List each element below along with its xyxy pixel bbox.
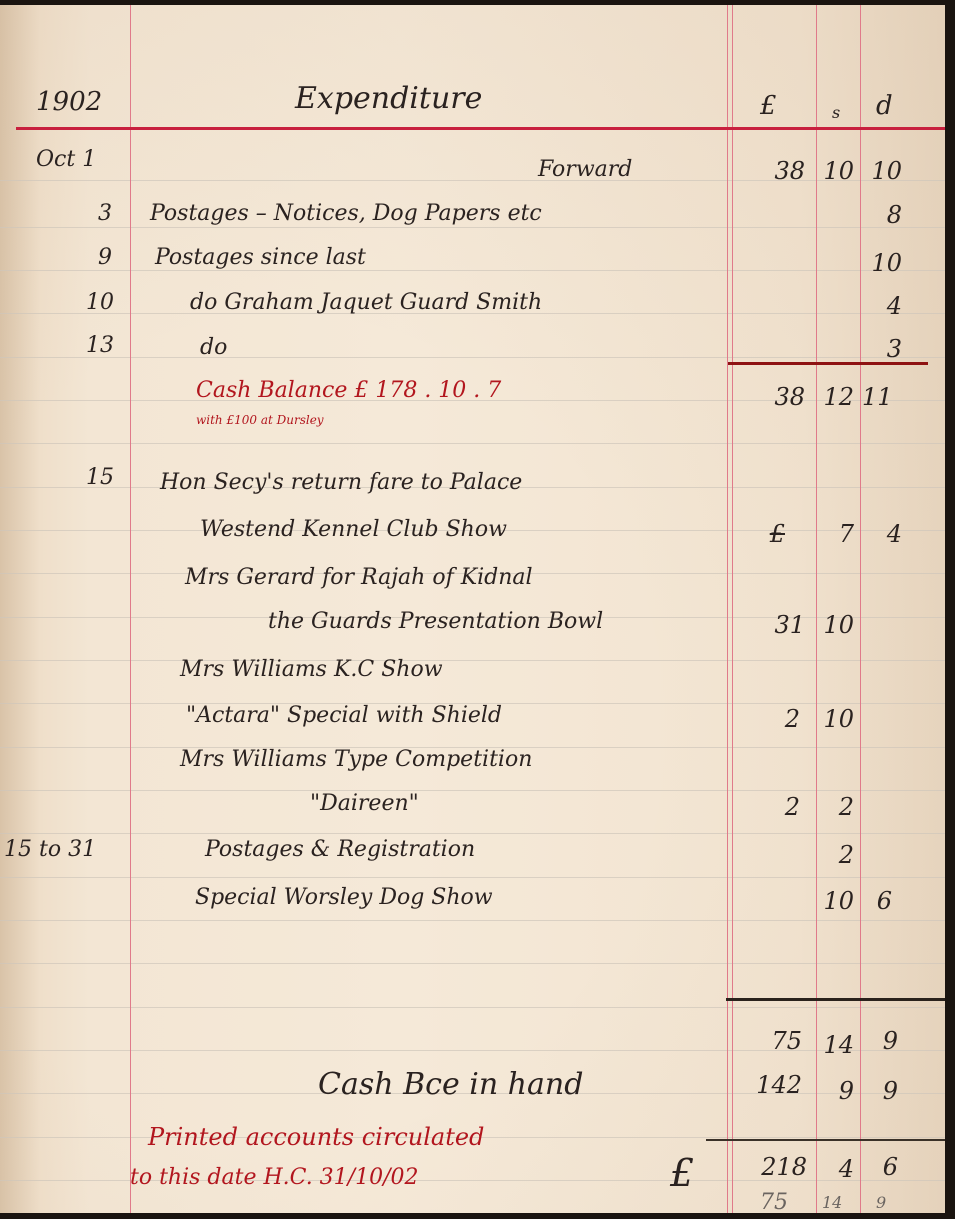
ruled-line (0, 963, 945, 964)
entry-shillings: 10 (818, 887, 854, 915)
entry-description: Mrs Williams K.C Show (180, 657, 443, 682)
cash-balance-note: Cash Balance £ 178 . 10 . 7 (196, 378, 501, 403)
ruled-line (0, 833, 945, 834)
cash-in-hand-pence: 9 (862, 1077, 898, 1105)
ruled-line (0, 227, 945, 228)
entry-pence: 10 (862, 249, 902, 277)
ruled-line (0, 443, 945, 444)
ruled-line (0, 877, 945, 878)
cash-in-hand-label: Cash Bce in hand (318, 1067, 583, 1102)
entry-pence: 3 (862, 335, 902, 363)
pounds-column-rule (727, 5, 728, 1213)
entry-description: Postages & Registration (205, 837, 475, 862)
entry-pounds: 38 (755, 157, 805, 185)
entry-description: the Guards Presentation Bowl (268, 609, 603, 634)
entry-date: 13 (86, 333, 114, 358)
pencil-shillings: 14 (822, 1193, 842, 1212)
entry-date: Oct 1 (36, 147, 96, 172)
ruled-line (0, 920, 945, 921)
margin-rule (130, 5, 131, 1213)
entry-shillings: 7 (818, 520, 854, 548)
header-rule (16, 127, 945, 130)
grand-total-rule (706, 1139, 945, 1141)
subtotal-rule (728, 362, 928, 365)
entry-pence: 8 (862, 201, 902, 229)
entry-description: Westend Kennel Club Show (200, 517, 507, 542)
entry-description: Mrs Williams Type Competition (180, 747, 532, 772)
entry-pounds: 2 (755, 793, 800, 821)
total-rule (726, 998, 945, 1001)
red-annotation-line2: to this date H.C. 31/10/02 (130, 1165, 418, 1190)
entry-pence: 10 (862, 157, 902, 185)
pound-sign: £ (670, 1151, 694, 1195)
entry-date: 9 (98, 245, 112, 270)
total-pence: 9 (862, 1027, 898, 1055)
entry-description: Mrs Gerard for Rajah of Kidnal (185, 565, 533, 590)
pounds-column-rule (732, 5, 733, 1213)
entry-pence: 4 (862, 520, 902, 548)
entry-description: Postages since last (155, 245, 366, 270)
total-pounds: 75 (740, 1027, 802, 1055)
ruled-line (0, 1050, 945, 1051)
cash-in-hand-shillings: 9 (818, 1077, 854, 1105)
entry-shillings: 10 (818, 157, 854, 185)
entry-date: 10 (86, 290, 114, 315)
entry-pence: 4 (862, 292, 902, 320)
page-title: Expenditure (295, 81, 482, 116)
grand-total-shillings: 4 (818, 1155, 854, 1183)
ruled-line (0, 790, 945, 791)
entry-description: Special Worsley Dog Show (195, 885, 493, 910)
entry-date: 15 to 31 (4, 837, 96, 862)
entry-description: "Daireen" (310, 791, 419, 816)
entry-date: 3 (98, 201, 112, 226)
pounds-header: £ (760, 91, 777, 121)
entry-date: 15 (86, 465, 114, 490)
pencil-pounds: 75 (760, 1190, 788, 1213)
shillings-header: s (832, 103, 840, 122)
cash-balance-subnote: with £100 at Dursley (196, 413, 324, 427)
grand-total-pence: 6 (862, 1153, 898, 1181)
entry-description: do Graham Jaquet Guard Smith (190, 290, 542, 315)
entry-pounds: 2 (755, 705, 800, 733)
entry-description: Forward (538, 157, 632, 182)
pence-header: d (876, 91, 893, 121)
ruled-line (0, 357, 945, 358)
entry-description: "Actara" Special with Shield (186, 703, 502, 728)
ledger-page: 1902 Expenditure £ s d Oct 1 Forward 38 … (0, 5, 945, 1213)
pence-column-rule (860, 5, 861, 1213)
grand-total-pounds: 218 (725, 1153, 807, 1181)
pencil-pence: 9 (876, 1193, 886, 1212)
ruled-line (0, 660, 945, 661)
entry-description: do (200, 335, 227, 360)
entry-description: Hon Secy's return fare to Palace (160, 470, 522, 495)
year-label: 1902 (36, 87, 102, 117)
total-shillings: 14 (814, 1031, 854, 1059)
ruled-line (0, 1007, 945, 1008)
red-annotation-line1: Printed accounts circulated (148, 1123, 484, 1151)
entry-shillings: 2 (818, 841, 854, 869)
entry-shillings: 10 (800, 705, 854, 733)
ruled-line (0, 270, 945, 271)
subtotal-shillings: 12 (818, 383, 854, 411)
entry-description: Postages – Notices, Dog Papers etc (150, 201, 542, 226)
entry-pence: 6 (862, 887, 892, 915)
subtotal-pounds: 38 (755, 383, 805, 411)
entry-pounds-struck: £ (755, 520, 785, 548)
entry-pounds: 31 (755, 611, 805, 639)
cash-in-hand-pounds: 142 (730, 1071, 802, 1099)
entry-shillings: 10 (818, 611, 854, 639)
entry-shillings: 2 (800, 793, 854, 821)
subtotal-pence: 11 (862, 383, 892, 411)
